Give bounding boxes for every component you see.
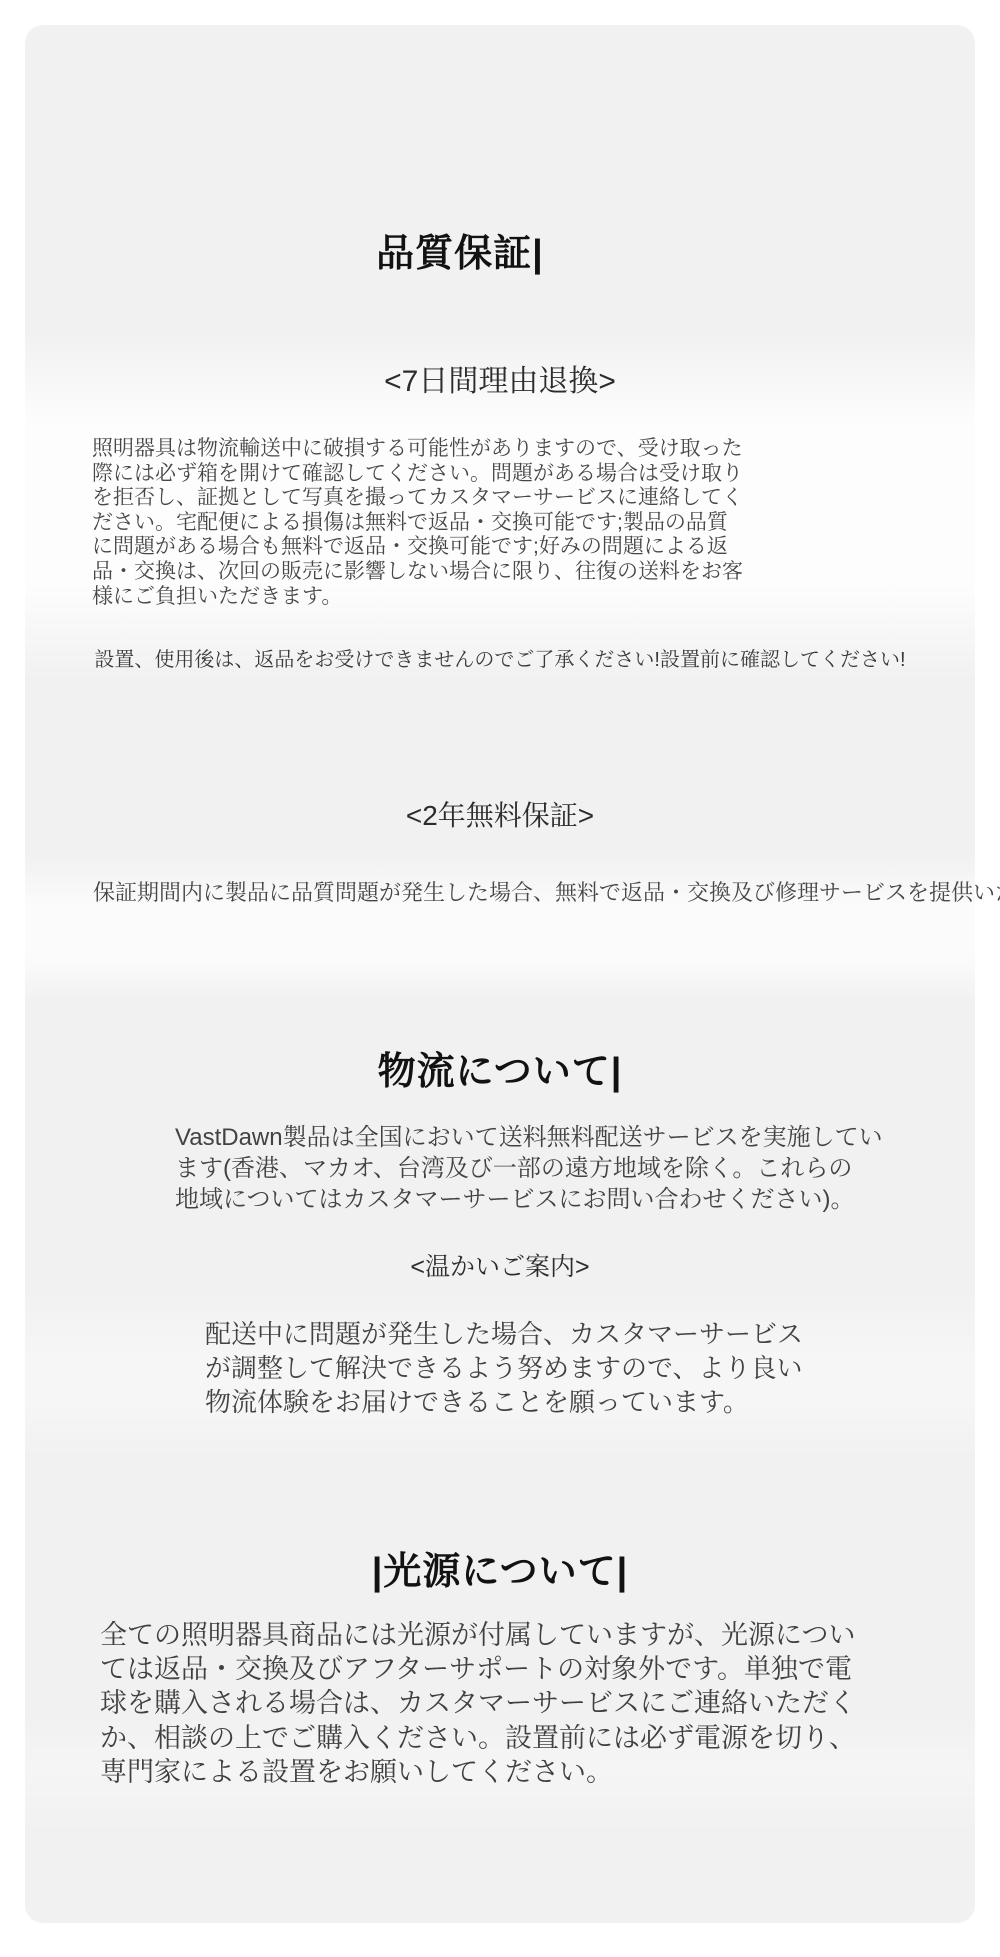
logistics-section-title: 物流について| [25,1040,975,1095]
light-source-paragraph: 全ての照明器具商品には光源が付属していますが、光源につい ては返品・交換及びアフ… [100,1618,940,1789]
warm-guidance-heading: <温かいご案内> [25,1247,975,1283]
quality-section-title: 品質保証| [0,222,935,277]
installation-notice-line: 設置、使用後は、返品をお受けできませんのでご了承ください!設置前に確認してくださ… [25,643,975,672]
two-year-warranty-line: 保証期間内に製品に品質問題が発生した場合、無料で返品・交換及び修理サービスを提供… [93,876,1000,907]
two-year-warranty-heading: <2年無料保証> [25,794,975,834]
warm-guidance-paragraph: 配送中に問題が発生した場合、カスタマーサービス が調整して解決できるよう努めます… [205,1317,865,1419]
description-card: 品質保証| <7日間理由退換> 照明器具は物流輸送中に破損する可能性がありますの… [25,25,975,1923]
product-description-page: 品質保証| <7日間理由退換> 照明器具は物流輸送中に破損する可能性がありますの… [0,0,1000,1957]
seven-day-return-paragraph: 照明器具は物流輸送中に破損する可能性がありますので、受け取った 際には必ず箱を開… [92,437,772,609]
logistics-paragraph: VastDawn製品は全国において送料無料配送サービスを実施してい ます(香港、… [175,1122,895,1215]
light-source-section-title: |光源について| [25,1540,975,1595]
seven-day-return-heading: <7日間理由退換> [25,356,975,400]
